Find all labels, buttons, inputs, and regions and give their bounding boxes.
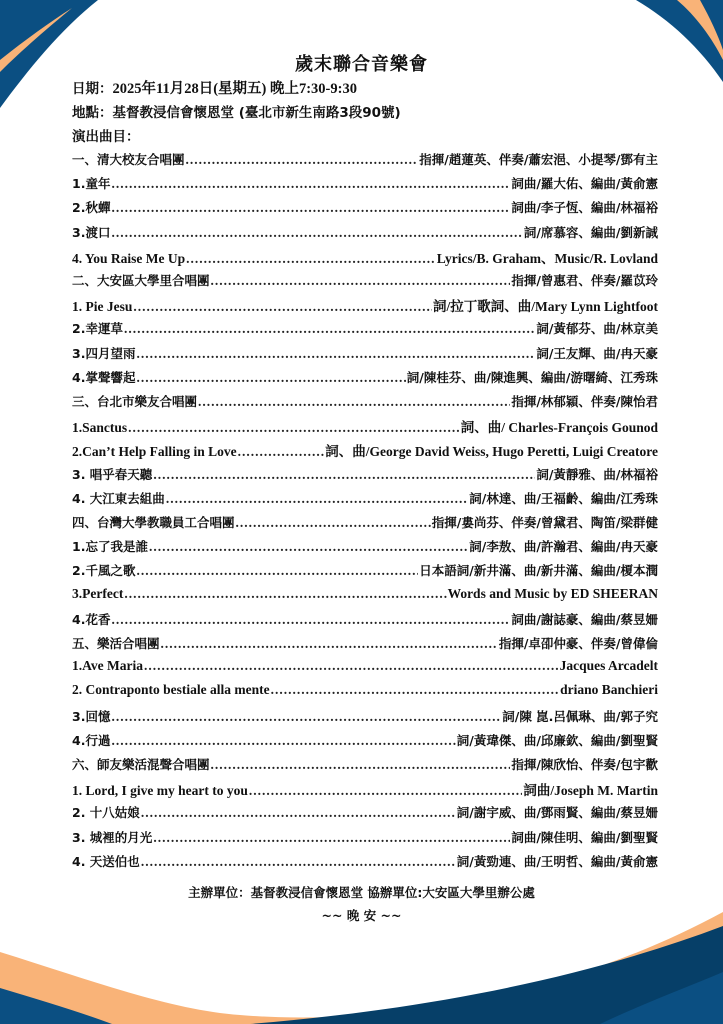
date-label: 日期： (72, 81, 113, 97)
dot-leader (166, 491, 468, 507)
song-credits: 日本語詞/新井滿、曲/新井滿、編曲/榎本潤 (419, 561, 658, 579)
song-title: 3. 城裡的月光 (72, 828, 152, 846)
song-credits: 詞曲/陳佳明、編曲/劉聖賢 (511, 828, 658, 846)
choir-credits: 指揮/卓卲仲豪、伴奏/曾偉倫 (499, 634, 658, 652)
song-credits: 詞/謝宇威、曲/鄧雨賢、編曲/蔡昱姍 (457, 803, 658, 821)
song-title: 1. Pie Jesu (72, 299, 132, 315)
song-credits: 詞/黃勁連、曲/王明哲、編曲/黃俞憲 (457, 852, 658, 870)
venue-label: 地點： (72, 105, 113, 121)
dot-leader (111, 709, 501, 725)
song-row: 3.四月望雨詞/王友輝、曲/冉天豪 (72, 344, 658, 366)
song-credits: 詞曲/謝誌豪、編曲/蔡昱姍 (511, 610, 658, 628)
song-credits: 詞/陳 崑.呂佩琳、曲/郭子究 (502, 707, 658, 725)
song-row: 2.秋蟬詞曲/李子恆、編曲/林福裕 (72, 198, 658, 220)
choir-group-row: 一、清大校友合唱團指揮/趙蓮英、伴奏/蕭宏浥、小提琴/鄧有主 (72, 150, 658, 172)
choir-group-row: 三、台北市樂友合唱團指揮/林郁穎、伴奏/陳怡君 (72, 392, 658, 414)
song-credits: Words and Music by ED SHEERAN (448, 586, 658, 602)
song-row: 4. 大江東去組曲詞/林達、曲/王福齡、編曲/江秀珠 (72, 489, 658, 511)
song-title: 3.渡口 (72, 223, 110, 241)
song-row: 3.回憶詞/陳 崑.呂佩琳、曲/郭子究 (72, 707, 658, 729)
song-row: 4.行過詞/黃瑋傑、曲/邱廉欽、編曲/劉聖賢 (72, 731, 658, 753)
song-row: 2. Contraponto bestiale alla mentedriano… (72, 682, 658, 704)
dot-leader (236, 515, 431, 531)
dot-leader (136, 563, 418, 579)
song-row: 3. 唱乎春天聽詞/黃靜雅、曲/林福裕 (72, 465, 658, 487)
dot-leader (249, 783, 523, 799)
farewell-text: ~~ 晚 安 ~~ (0, 906, 723, 924)
choir-group-row: 五、樂活合唱團指揮/卓卲仲豪、伴奏/曾偉倫 (72, 634, 658, 656)
song-credits: 詞/黃靜雅、曲/林福裕 (536, 465, 658, 483)
choir-credits: 指揮/婁尚芬、伴奏/曾黛君、陶笛/梁群健 (432, 513, 658, 531)
song-title: 3. 唱乎春天聽 (72, 465, 152, 483)
song-credits: 詞曲/李子恆、編曲/林福裕 (511, 198, 658, 216)
choir-credits: 指揮/林郁穎、伴奏/陳怡君 (511, 392, 658, 410)
song-title: 2.幸運草 (72, 319, 123, 337)
dot-leader (111, 200, 510, 216)
song-title: 3.回憶 (72, 707, 110, 725)
choir-name: 一、清大校友合唱團 (72, 150, 185, 168)
program-heading: 演出曲目： (72, 125, 140, 146)
choir-name: 六、師友樂活混聲合唱團 (72, 755, 210, 773)
song-title: 2. 十八姑娘 (72, 803, 140, 821)
dot-leader (238, 444, 325, 460)
song-credits: 詞/李敖、曲/許瀚君、編曲/冉天豪 (469, 537, 658, 555)
song-row: 4. You Raise Me UpLyrics/B. Graham、Music… (72, 247, 658, 269)
choir-credits: 指揮/陳欣怡、伴奏/包宇歡 (511, 755, 658, 773)
song-credits: 詞/林達、曲/王福齡、編曲/江秀珠 (469, 489, 658, 507)
choir-credits: 指揮/曾惠君、伴奏/羅苡玲 (511, 271, 658, 289)
song-credits: 詞、曲/George David Weiss, Hugo Peretti, Lu… (325, 440, 658, 460)
dot-leader (211, 273, 511, 289)
song-title: 1.忘了我是誰 (72, 537, 148, 555)
song-credits: 詞/黃郁芬、曲/林京美 (536, 319, 658, 337)
organizers-line: 主辦單位：基督教浸信會懷恩堂 協辦單位:大安區大學里辦公處 (0, 883, 723, 901)
song-title: 4.掌聲響起 (72, 368, 135, 386)
dot-leader (136, 346, 535, 362)
song-title: 1.童年 (72, 174, 110, 192)
dot-leader (136, 370, 405, 386)
choir-name: 三、台北市樂友合唱團 (72, 392, 197, 410)
song-credits: Jacques Arcadelt (560, 658, 658, 674)
song-title: 4. 大江東去組曲 (72, 489, 165, 507)
song-credits: 詞/陳桂芬、曲/陳進興、編曲/游曙綺、江秀珠 (407, 368, 658, 386)
song-row: 4.掌聲響起詞/陳桂芬、曲/陳進興、編曲/游曙綺、江秀珠 (72, 368, 658, 390)
song-credits: 詞曲/Joseph M. Martin (523, 779, 658, 799)
song-credits: Lyrics/B. Graham、Music/R. Lovland (437, 247, 658, 267)
song-row: 3.渡口詞/席慕容、編曲/劉新誠 (72, 223, 658, 245)
choir-group-row: 六、師友樂活混聲合唱團指揮/陳欣怡、伴奏/包宇歡 (72, 755, 658, 777)
song-credits: 詞/黃瑋傑、曲/邱廉欽、編曲/劉聖賢 (457, 731, 658, 749)
song-row: 2.幸運草詞/黃郁芬、曲/林京美 (72, 319, 658, 341)
dot-leader (141, 805, 456, 821)
song-row: 2. 十八姑娘詞/謝宇威、曲/鄧雨賢、編曲/蔡昱姍 (72, 803, 658, 825)
dot-leader (211, 757, 511, 773)
choir-name: 五、樂活合唱團 (72, 634, 160, 652)
song-credits: 詞/席慕容、編曲/劉新誠 (524, 223, 658, 241)
song-title: 4. You Raise Me Up (72, 251, 185, 267)
dot-leader (111, 612, 510, 628)
dot-leader (186, 152, 419, 168)
dot-leader (153, 830, 510, 846)
venue-value: 基督教浸信會懷恩堂 (臺北市新生南路3段90號) (113, 105, 401, 121)
song-row: 1.Sanctus 詞、曲/ Charles-François Gounod (72, 416, 658, 438)
choir-credits: 指揮/趙蓮英、伴奏/蕭宏浥、小提琴/鄧有主 (419, 150, 658, 168)
song-title: 1. Lord, I give my heart to you (72, 783, 248, 799)
song-title: 2. Contraponto bestiale alla mente (72, 682, 270, 698)
song-credits: 詞曲/羅大佑、編曲/黃俞憲 (511, 174, 658, 192)
song-row: 1.忘了我是誰詞/李敖、曲/許瀚君、編曲/冉天豪 (72, 537, 658, 559)
dot-leader (128, 420, 460, 436)
song-title: 2.千風之歌 (72, 561, 135, 579)
song-credits: 詞、曲/ Charles-François Gounod (461, 416, 658, 436)
dot-leader (111, 225, 522, 241)
choir-name: 二、大安區大學里合唱團 (72, 271, 210, 289)
song-row: 4. 天送伯也詞/黃勁連、曲/王明哲、編曲/黃俞憲 (72, 852, 658, 874)
song-title: 4.花香 (72, 610, 110, 628)
song-credits: 詞/拉丁歌詞、曲/Mary Lynn Lightfoot (433, 295, 658, 315)
song-title: 3.四月望雨 (72, 344, 135, 362)
song-credits: 詞/王友輝、曲/冉天豪 (536, 344, 658, 362)
date-line: 日期：2025年11月28日(星期五) 晚上7:30-9:30 (72, 77, 357, 98)
song-row: 1.童年詞曲/羅大佑、編曲/黃俞憲 (72, 174, 658, 196)
choir-group-row: 二、大安區大學里合唱團 指揮/曾惠君、伴奏/羅苡玲 (72, 271, 658, 293)
song-row: 1. Lord, I give my heart to you詞曲/Joseph… (72, 779, 658, 801)
choir-group-row: 四、台灣大學教職員工合唱團指揮/婁尚芬、伴奏/曾黛君、陶笛/梁群健 (72, 513, 658, 535)
song-row: 3. 城裡的月光詞曲/陳佳明、編曲/劉聖賢 (72, 828, 658, 850)
dot-leader (124, 586, 446, 602)
song-title: 1.Sanctus (72, 420, 127, 436)
song-title: 2.秋蟬 (72, 198, 110, 216)
song-row: 2.千風之歌日本語詞/新井滿、曲/新井滿、編曲/榎本潤 (72, 561, 658, 583)
dot-leader (111, 733, 455, 749)
dot-leader (111, 176, 510, 192)
song-title: 3.Perfect (72, 586, 123, 602)
dot-leader (153, 467, 535, 483)
dot-leader (149, 539, 468, 555)
song-title: 4. 天送伯也 (72, 852, 140, 870)
dot-leader (144, 658, 559, 674)
song-credits: driano Banchieri (560, 682, 658, 698)
dot-leader (133, 299, 432, 315)
song-title: 1.Ave Maria (72, 658, 143, 674)
dot-leader (198, 394, 510, 410)
page-title: 歲末聯合音樂會 (0, 50, 723, 76)
venue-line: 地點：基督教浸信會懷恩堂 (臺北市新生南路3段90號) (72, 101, 401, 122)
dot-leader (161, 636, 498, 652)
dot-leader (124, 321, 535, 337)
choir-name: 四、台灣大學教職員工合唱團 (72, 513, 235, 531)
song-row: 2.Can’t Help Falling in Love詞、曲/George D… (72, 440, 658, 462)
dot-leader (186, 251, 436, 267)
date-value: 2025年11月28日(星期五) 晚上7:30-9:30 (113, 81, 357, 97)
dot-leader (141, 854, 456, 870)
song-row: 3.PerfectWords and Music by ED SHEERAN (72, 586, 658, 608)
song-row: 1. Pie Jesu詞/拉丁歌詞、曲/Mary Lynn Lightfoot (72, 295, 658, 317)
song-row: 4.花香詞曲/謝誌豪、編曲/蔡昱姍 (72, 610, 658, 632)
song-row: 1.Ave Maria Jacques Arcadelt (72, 658, 658, 680)
song-title: 2.Can’t Help Falling in Love (72, 444, 237, 460)
dot-leader (271, 682, 560, 698)
song-title: 4.行過 (72, 731, 110, 749)
